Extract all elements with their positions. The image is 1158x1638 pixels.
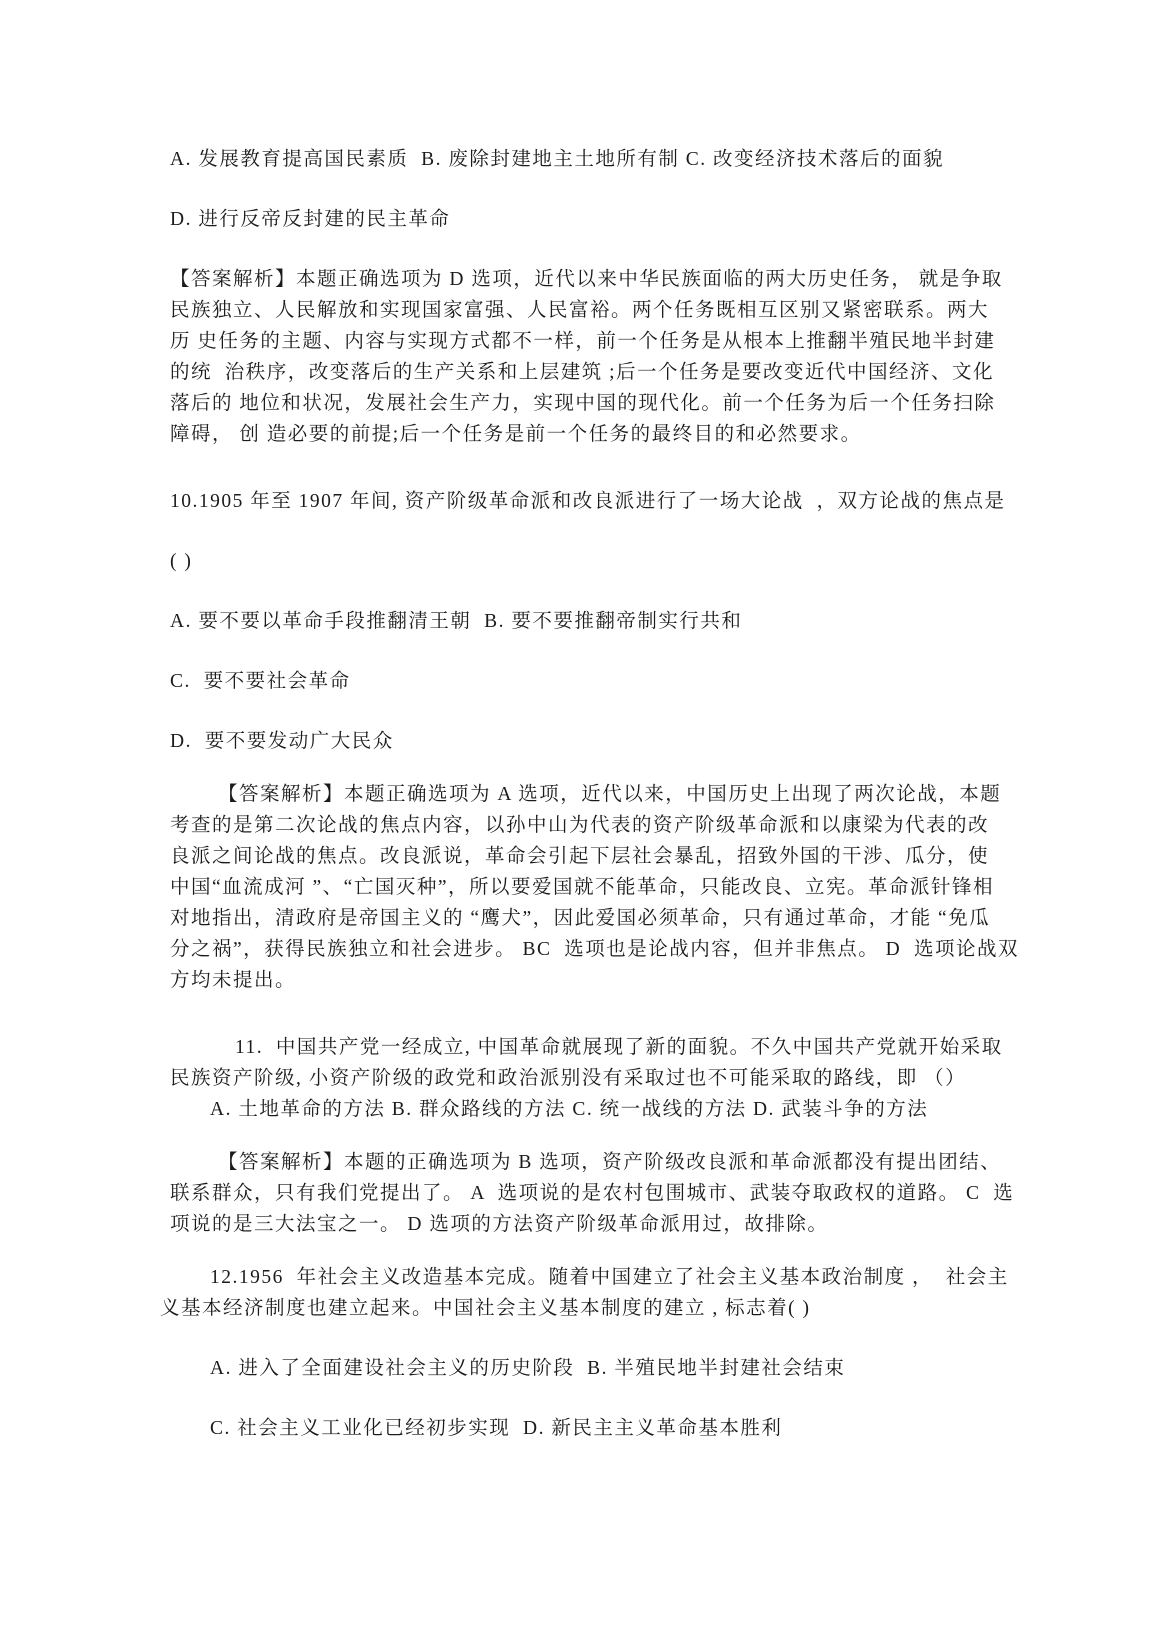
text-line: 历 史任务的主题、内容与实现方式都不一样，前一个任务是从根本上推翻半殖民地半封建 bbox=[170, 326, 1058, 357]
text-line: C. 社会主义工业化已经初步实现 D. 新民主主义革命基本胜利 bbox=[210, 1413, 1058, 1444]
q12-options-ab: A. 进入了全面建设社会主义的历史阶段 B. 半殖民地半封建社会结束 bbox=[170, 1353, 1058, 1384]
document-page: A. 发展教育提高国民素质 B. 废除封建地主土地所有制 C. 改变经济技术落后… bbox=[0, 0, 1158, 1638]
q12-stem: 12.1956 年社会主义改造基本完成。随着中国建立了社会主义基本政治制度 ， … bbox=[170, 1262, 1058, 1324]
text-line: A. 发展教育提高国民素质 B. 废除封建地主土地所有制 C. 改变经济技术落后… bbox=[170, 144, 1058, 175]
text-line: 11. 中国共产党一经成立, 中国革命就展现了新的面貌。不久中国共产党就开始采取 bbox=[235, 1032, 1058, 1063]
text-line: 的统 治秩序，改变落后的生产关系和上层建筑 ;后一个任务是要改变近代中国经济、文… bbox=[170, 357, 1058, 388]
text-line: C. 要不要社会革命 bbox=[170, 666, 1058, 697]
text-line: 【答案解析】本题正确选项为 A 选项，近代以来，中国历史上出现了两次论战，本题 bbox=[218, 779, 1058, 810]
text-line: 障碍， 创 造必要的前提;后一个任务是前一个任务的最终目的和必然要求。 bbox=[170, 419, 1058, 450]
q11-stem-and-options: 11. 中国共产党一经成立, 中国革命就展现了新的面貌。不久中国共产党就开始采取… bbox=[170, 1032, 1058, 1125]
text-line: 中国“血流成河 ”、“亡国灭种”，所以要爱国就不能革命，只能改良、立宪。革命派针… bbox=[170, 872, 1058, 903]
text-line: 联系群众，只有我们党提出了。 A 选项说的是农村包围城市、武装夺取政权的道路。 … bbox=[170, 1178, 1058, 1209]
text-line: 12.1956 年社会主义改造基本完成。随着中国建立了社会主义基本政治制度 ， … bbox=[210, 1262, 1058, 1293]
q10-options-ab: A. 要不要以革命手段推翻清王朝 B. 要不要推翻帝制实行共和 bbox=[170, 606, 1058, 637]
text-line: A. 进入了全面建设社会主义的历史阶段 B. 半殖民地半封建社会结束 bbox=[210, 1353, 1058, 1384]
text-line: 民族独立、人民解放和实现国家富强、人民富裕。两个任务既相互区别又紧密联系。两大 bbox=[170, 295, 1058, 326]
q10-answer-analysis: 【答案解析】本题正确选项为 A 选项，近代以来，中国历史上出现了两次论战，本题考… bbox=[170, 779, 1058, 996]
q10-option-d: D. 要不要发动广大民众 bbox=[170, 726, 1058, 757]
text-line: 10.1905 年至 1907 年间, 资产阶级革命派和改良派进行了一场大论战 … bbox=[170, 486, 1058, 517]
text-line: 方均未提出。 bbox=[170, 965, 1058, 996]
text-line: 民族资产阶级, 小资产阶级的政党和政治派别没有采取过也不可能采取的路线，即 （） bbox=[170, 1063, 1058, 1094]
q10-option-c: C. 要不要社会革命 bbox=[170, 666, 1058, 697]
document-content: A. 发展教育提高国民素质 B. 废除封建地主土地所有制 C. 改变经济技术落后… bbox=[0, 0, 1158, 1444]
q12-options-cd: C. 社会主义工业化已经初步实现 D. 新民主主义革命基本胜利 bbox=[170, 1413, 1058, 1444]
text-line: 落后的 地位和状况，发展社会生产力，实现中国的现代化。前一个任务为后一个任务扫除 bbox=[170, 388, 1058, 419]
q9-answer-analysis: 【答案解析】本题正确选项为 D 选项，近代以来中华民族面临的两大历史任务， 就是… bbox=[170, 264, 1058, 450]
q9-option-d-line: D. 进行反帝反封建的民主革命 bbox=[170, 204, 1058, 235]
text-line: 良派之间论战的焦点。改良派说，革命会引起下层社会暴乱，招致外国的干涉、瓜分，使 bbox=[170, 841, 1058, 872]
text-line: 对地指出，清政府是帝国主义的 “鹰犬”，因此爱国必须革命，只有通过革命，才能 “… bbox=[170, 903, 1058, 934]
text-line: 分之祸”，获得民族独立和社会进步。 BC 选项也是论战内容，但并非焦点。 D 选… bbox=[170, 934, 1058, 965]
text-line: 项说的是三大法宝之一。 D 选项的方法资产阶级革命派用过，故排除。 bbox=[170, 1209, 1058, 1240]
text-line: A. 土地革命的方法 B. 群众路线的方法 C. 统一战线的方法 D. 武装斗争… bbox=[210, 1094, 1058, 1125]
text-line: ( ) bbox=[170, 546, 1058, 577]
q11-answer-analysis: 【答案解析】本题的正确选项为 B 选项，资产阶级改良派和革命派都没有提出团结、联… bbox=[170, 1147, 1058, 1240]
q9-options-abc-line: A. 发展教育提高国民素质 B. 废除封建地主土地所有制 C. 改变经济技术落后… bbox=[170, 144, 1058, 175]
text-line: A. 要不要以革命手段推翻清王朝 B. 要不要推翻帝制实行共和 bbox=[170, 606, 1058, 637]
text-line: 【答案解析】本题正确选项为 D 选项，近代以来中华民族面临的两大历史任务， 就是… bbox=[170, 264, 1058, 295]
text-line: 义基本经济制度也建立起来。中国社会主义基本制度的建立 , 标志着( ) bbox=[160, 1293, 1058, 1324]
q10-bracket: ( ) bbox=[170, 546, 1058, 577]
text-line: D. 要不要发动广大民众 bbox=[170, 726, 1058, 757]
text-line: D. 进行反帝反封建的民主革命 bbox=[170, 204, 1058, 235]
q10-stem: 10.1905 年至 1907 年间, 资产阶级革命派和改良派进行了一场大论战 … bbox=[170, 486, 1058, 517]
text-line: 【答案解析】本题的正确选项为 B 选项，资产阶级改良派和革命派都没有提出团结、 bbox=[218, 1147, 1058, 1178]
text-line: 考查的是第二次论战的焦点内容，以孙中山为代表的资产阶级革命派和以康梁为代表的改 bbox=[170, 810, 1058, 841]
